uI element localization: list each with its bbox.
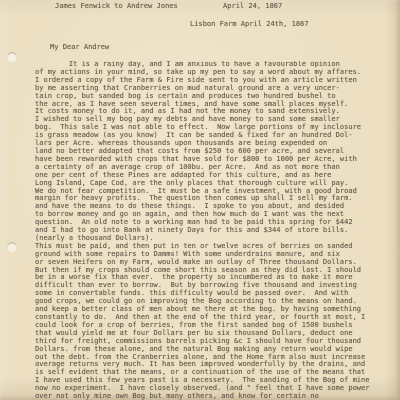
dateline: Lisbon Farm April 24th, 1867	[190, 21, 309, 29]
text-line: over not only mine own Bog but many othe…	[35, 393, 380, 400]
letter-page: James Fenwick to Andrew Jones April 24, …	[0, 0, 400, 400]
punch-hole-top	[7, 52, 17, 62]
annotation-date: April 24, 1867	[223, 3, 282, 11]
letter-body: It is a rainy day, and I am anxious to h…	[35, 61, 380, 400]
punch-hole-bottom	[7, 242, 17, 252]
salutation: My Dear Andrew	[50, 44, 109, 52]
annotation-correspondents: James Fenwick to Andrew Jones	[55, 3, 178, 11]
